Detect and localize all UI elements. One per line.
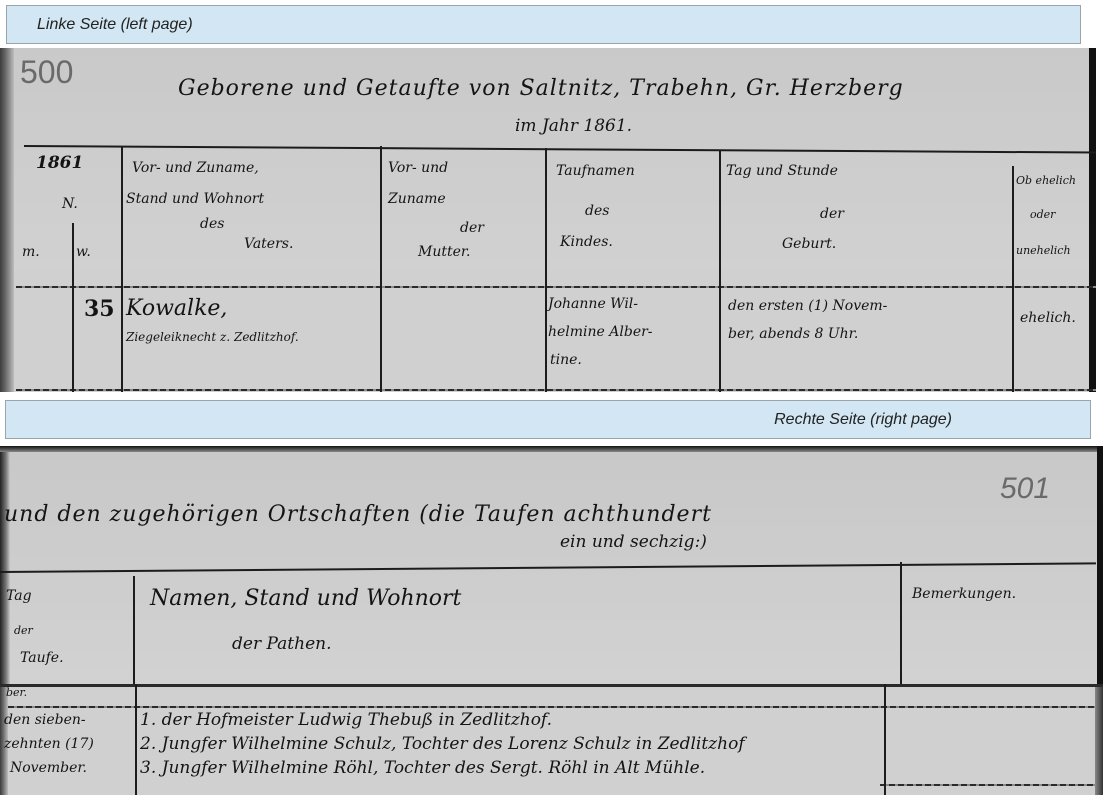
- heading-remarks: Bemerkungen.: [912, 586, 1016, 602]
- heading-godparents-2: der Pathen.: [232, 634, 331, 654]
- right-register-title-line2: ein und sechzig:): [560, 532, 707, 552]
- heading-birth-1: Tag und Stunde: [726, 163, 838, 179]
- prev-entry-fragment: ber.: [6, 686, 27, 699]
- godparent-1: 1. der Hofmeister Ludwig Thebuß in Zedli…: [140, 710, 552, 730]
- heading-legit-1: Ob ehelich: [1016, 174, 1076, 187]
- heading-father-1: Vor- und Zuname,: [132, 160, 259, 176]
- baptism-line2: zehnten (17): [4, 736, 94, 752]
- heading-legit-2: oder: [1030, 208, 1055, 221]
- heading-year: 1861: [36, 153, 83, 173]
- heading-father-4: Vaters.: [244, 236, 293, 252]
- page-edge: [1089, 48, 1096, 270]
- heading-godparents-1: Namen, Stand und Wohnort: [150, 586, 461, 611]
- right-page-header-scan: und den zugehörigen Ortschaften (die Tau…: [0, 446, 1103, 684]
- heading-child-1: Taufnamen: [556, 163, 635, 179]
- heading-legit-3: unehelich: [1016, 244, 1071, 257]
- heading-mother-2: Zuname: [388, 191, 446, 207]
- heading-mother-3: der: [460, 220, 484, 236]
- heading-baptism-1: Tag: [6, 588, 32, 604]
- col-divider: [380, 270, 382, 392]
- godparent-3: 3. Jungfer Wilhelmine Röhl, Tochter des …: [140, 758, 705, 778]
- entry-number: 35: [84, 296, 115, 322]
- row-rule: [8, 706, 1096, 708]
- heading-female: w.: [76, 244, 91, 260]
- col-divider: [1012, 270, 1014, 392]
- heading-birth-3: Geburt.: [782, 236, 836, 252]
- right-register-title: und den zugehörigen Ortschaften (die Tau…: [4, 502, 712, 527]
- previous-row-bottom: [0, 684, 1103, 687]
- register-year-line: im Jahr 1861.: [515, 116, 632, 136]
- left-page-header-scan: 500 Geborene und Getaufte von Saltnitz, …: [0, 48, 1096, 270]
- col-divider: [380, 146, 382, 270]
- heading-father-2: Stand und Wohnort: [126, 191, 264, 207]
- col-divider: [72, 270, 74, 392]
- book-binding: [0, 270, 14, 392]
- page-top-shadow: [0, 446, 1103, 452]
- heading-birth-2: der: [820, 206, 844, 222]
- right-page-entry-scan: ber. den sieben- zehnten (17) November. …: [0, 684, 1103, 795]
- col-divider: [719, 150, 721, 270]
- heading-baptism-3: Taufe.: [20, 650, 64, 666]
- heading-father-3: des: [200, 216, 224, 232]
- book-binding: [0, 48, 14, 270]
- left-page-label: Linke Seite (left page): [37, 16, 193, 34]
- col-divider: [121, 270, 123, 392]
- baptism-line1: den sieben-: [4, 712, 86, 728]
- heading-mother-1: Vor- und: [388, 160, 448, 176]
- book-binding: [0, 446, 10, 684]
- row-rule: [880, 784, 1096, 786]
- godparent-2: 2. Jungfer Wilhelmine Schulz, Tochter de…: [140, 734, 745, 754]
- left-page-banner: Linke Seite (left page): [6, 5, 1081, 44]
- col-divider: [135, 684, 137, 795]
- col-divider: [900, 562, 902, 684]
- child-name-line3: tine.: [550, 352, 582, 368]
- father-occupation: Ziegeleiknecht z. Zedlitzhof.: [126, 330, 299, 344]
- birth-line2: ber, abends 8 Uhr.: [728, 326, 858, 342]
- table-top-rule: [0, 562, 1096, 573]
- col-divider: [545, 148, 547, 270]
- col-divider: [884, 684, 886, 795]
- right-page-label: Rechte Seite (right page): [774, 411, 952, 429]
- legitimacy-value: ehelich.: [1020, 310, 1076, 326]
- child-name-line2: helmine Alber-: [548, 324, 653, 340]
- col-divider: [133, 576, 135, 684]
- heading-child-3: Kindes.: [560, 234, 613, 250]
- left-page-entry-scan: 35 Kowalke, Ziegeleiknecht z. Zedlitzhof…: [0, 270, 1096, 392]
- heading-mother-4: Mutter.: [418, 244, 471, 260]
- birth-line1: den ersten (1) Novem-: [728, 298, 887, 314]
- page-number-501: 501: [1000, 472, 1050, 506]
- register-title: Geborene und Getaufte von Saltnitz, Trab…: [178, 76, 904, 101]
- row-rule: [16, 286, 1096, 288]
- col-divider: [1012, 166, 1014, 270]
- baptism-line3: November.: [10, 760, 87, 776]
- row-rule: [16, 389, 1096, 391]
- child-name-line1: Johanne Wil-: [548, 296, 638, 312]
- col-divider: [72, 223, 74, 270]
- col-divider: [545, 270, 547, 392]
- col-divider: [121, 146, 123, 270]
- heading-baptism-2: der: [14, 624, 33, 637]
- page-edge: [1095, 684, 1103, 795]
- page-number-500: 500: [20, 54, 73, 91]
- heading-male: m.: [22, 244, 40, 260]
- heading-number: N.: [62, 196, 78, 212]
- col-divider: [719, 270, 721, 392]
- page-edge: [1089, 270, 1096, 392]
- right-page-banner: Rechte Seite (right page): [5, 400, 1091, 439]
- page-edge: [1097, 446, 1103, 684]
- table-top-rule: [24, 145, 1096, 154]
- father-name: Kowalke,: [126, 296, 227, 321]
- heading-child-2: des: [585, 203, 609, 219]
